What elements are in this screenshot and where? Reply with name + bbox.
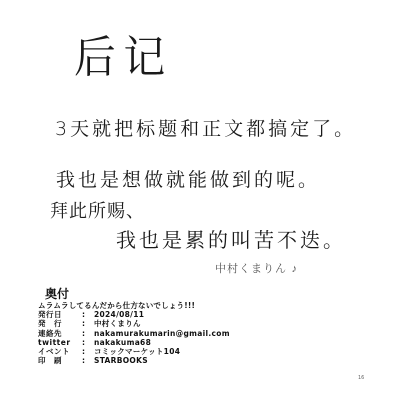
colophon-row-twitter: twitter : nakakuma68 xyxy=(38,338,230,347)
colophon-separator: : xyxy=(82,347,94,356)
page-number: 16 xyxy=(358,375,364,381)
contact-email: nakamurakumarin@gmail.com xyxy=(94,329,230,338)
twitter-handle: nakakuma68 xyxy=(94,338,151,347)
colophon-value: 中村くまりん xyxy=(94,319,141,328)
colophon-separator: : xyxy=(82,310,94,319)
afterword-line-1: 3天就把标题和正文都搞定了。 xyxy=(55,120,356,139)
colophon-value: STARBOOKS xyxy=(94,356,148,365)
colophon-row-event: イベント : コミックマーケット104 xyxy=(38,347,230,356)
colophon-value: コミックマーケット104 xyxy=(94,347,180,356)
colophon-label: 連絡先 xyxy=(38,329,82,338)
colophon-separator: : xyxy=(82,329,94,338)
afterword-line-4: 我也是累的叫苦不迭。 xyxy=(116,230,346,250)
afterword-page: 后记 3天就把标题和正文都搞定了。 我也是想做就能做到的呢。 拜此所赐、 我也是… xyxy=(0,0,400,400)
colophon-separator: : xyxy=(82,338,94,347)
afterword-line-2: 我也是想做就能做到的呢。 xyxy=(56,171,320,190)
afterword-heading: 后记 xyxy=(74,36,173,80)
colophon: ムラムラしてるんだから仕方ないでしょう!!! 発行日 : 2024/08/11 … xyxy=(38,301,230,365)
colophon-row-printer: 印 刷 : STARBOOKS xyxy=(38,356,230,365)
afterword-line-3: 拜此所赐、 xyxy=(50,203,145,221)
colophon-label: イベント xyxy=(38,347,82,356)
colophon-title: 奥付 xyxy=(45,285,69,302)
colophon-label: twitter xyxy=(38,338,82,347)
colophon-label: 発 行 xyxy=(38,319,82,328)
colophon-row-publisher: 発 行 : 中村くまりん xyxy=(38,319,230,328)
author-signature: 中村くまりん ♪ xyxy=(215,260,298,276)
book-title: ムラムラしてるんだから仕方ないでしょう!!! xyxy=(38,301,230,310)
colophon-separator: : xyxy=(82,356,94,365)
colophon-row-contact: 連絡先 : nakamurakumarin@gmail.com xyxy=(38,329,230,338)
colophon-separator: : xyxy=(82,319,94,328)
colophon-label: 印 刷 xyxy=(38,356,82,365)
